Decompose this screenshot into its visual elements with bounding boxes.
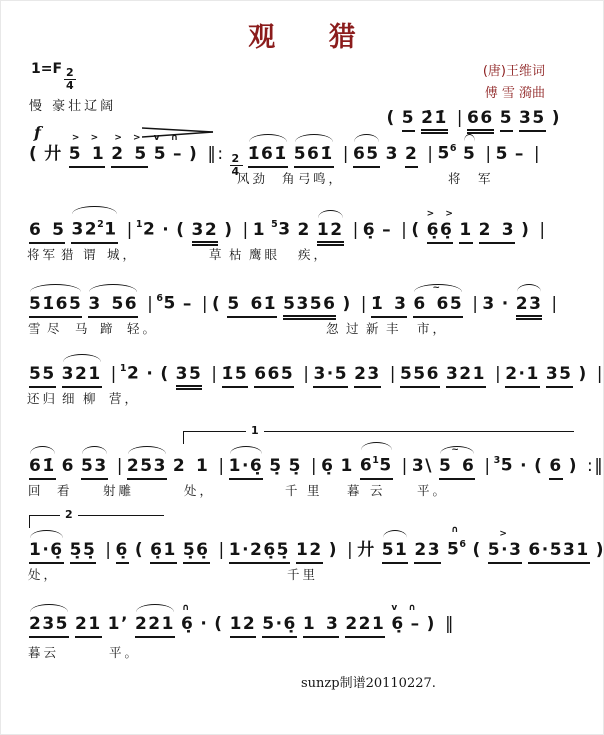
articulation-mark: ~ bbox=[413, 277, 463, 299]
note-group: 5 61̇ bbox=[227, 293, 277, 318]
notation-row: 235211’221∩6̣·(125·6̣1 3221v ∩6̣–)‖ bbox=[29, 613, 587, 638]
composer-credit: 傅 雪 漪曲 bbox=[483, 83, 545, 105]
lyrics-row: 将军猎谓城，草枯鹰眼疾， bbox=[1, 245, 604, 263]
note-group: 1·26̣5̣ bbox=[229, 539, 290, 564]
lyric-syllable: 将 bbox=[448, 169, 464, 187]
lyric-syllable: 蹄 bbox=[100, 319, 116, 337]
lyrics-row: 回看射雕处，千里暮云平。 bbox=[1, 481, 604, 499]
articulation-mark: ∩ bbox=[181, 597, 194, 619]
lyric-syllable: 暮 bbox=[347, 481, 363, 499]
note-group: 35 bbox=[495, 451, 514, 477]
note-group: 廾 bbox=[44, 143, 63, 165]
note-group: · bbox=[502, 293, 510, 315]
lyric-syllable: 营， bbox=[109, 389, 140, 407]
lyric-syllable: 暮云 bbox=[28, 643, 59, 661]
parenthesis: ) bbox=[569, 455, 578, 477]
note-group: 253 bbox=[127, 455, 167, 480]
note-group: 12 bbox=[230, 613, 257, 638]
barline: | bbox=[539, 219, 546, 241]
note-group: 23 bbox=[516, 293, 543, 320]
note-group: 321 bbox=[62, 363, 102, 388]
barline: | bbox=[534, 143, 541, 165]
barline: ‖ bbox=[445, 613, 455, 635]
barline: | bbox=[361, 293, 368, 315]
note-group: 53 bbox=[272, 215, 291, 241]
lyric-syllable: 雪 bbox=[28, 319, 44, 337]
lyric-syllable: 新 bbox=[366, 319, 382, 337]
barline: | bbox=[457, 107, 464, 129]
note-group: 221 bbox=[135, 613, 175, 638]
note-group: 35 bbox=[546, 363, 573, 388]
note-group: 5̣6̣ bbox=[183, 539, 210, 564]
note-group: 2·1 bbox=[505, 363, 540, 388]
lyric-syllable: 平。 bbox=[417, 481, 448, 499]
note-group: >5·3 bbox=[488, 539, 523, 564]
lyrics-row: 雪尽马蹄轻。忽过新丰市， bbox=[1, 319, 604, 337]
parenthesis: ( bbox=[176, 219, 185, 241]
lyric-syllable: 角 bbox=[282, 169, 298, 187]
barline: | bbox=[495, 363, 502, 385]
lyric-syllable: 平。 bbox=[109, 643, 140, 661]
note-group: – bbox=[173, 143, 183, 165]
lyric-syllable: 忽 bbox=[326, 319, 342, 337]
note-group: 廾 bbox=[357, 539, 376, 561]
lyric-syllable: 看 bbox=[57, 481, 73, 499]
note-group: v ∩6̣ bbox=[391, 613, 404, 635]
parenthesis: ) bbox=[342, 293, 351, 315]
barline: | bbox=[390, 363, 397, 385]
note-group: 51̇65 bbox=[29, 293, 82, 318]
system-3: 51̇653 56|65–|(5 61̇5356)|1̇ 3~6 65|3·23… bbox=[1, 289, 604, 320]
note-group: 1·6̣ bbox=[229, 455, 264, 480]
parenthesis: ) bbox=[596, 539, 604, 561]
note-group: 1̇ 3 bbox=[371, 293, 407, 318]
lyric-syllable: 处， bbox=[184, 481, 215, 499]
barline: | bbox=[111, 363, 118, 385]
note-group: 66 bbox=[467, 107, 494, 134]
note-group: · bbox=[520, 455, 528, 477]
note-group: – bbox=[515, 143, 525, 165]
note-group: 2 1 bbox=[173, 455, 209, 477]
note-group: 1 3 bbox=[303, 613, 339, 638]
barline: | bbox=[485, 143, 492, 165]
note-group: 5̣ bbox=[269, 455, 282, 477]
volta-1-label: 1 bbox=[246, 424, 264, 437]
lyric-syllable: 将军 bbox=[27, 245, 58, 263]
parenthesis: ) bbox=[552, 107, 561, 129]
lyric-syllable: 轻。 bbox=[127, 319, 158, 337]
lyric-syllable: 军 bbox=[478, 169, 494, 187]
transcriber-credit: sunzp制谱20110227. bbox=[301, 672, 436, 691]
note-group: ~6 65 bbox=[413, 293, 463, 318]
lyric-syllable: 枯 bbox=[229, 245, 245, 263]
volta-2-label: 2 bbox=[60, 508, 78, 521]
parenthesis: ) bbox=[189, 143, 198, 165]
note-group: 321 bbox=[446, 363, 486, 388]
note-group: 1·6̣ bbox=[29, 539, 64, 564]
note-group: 5̣5̣ bbox=[70, 539, 97, 564]
note-group: 23 bbox=[354, 363, 381, 388]
barline: | bbox=[347, 539, 354, 561]
system-6: 1·6̣5̣5̣|6̣(6̣15̣6̣|1·26̣5̣12)|廾5123∩56(… bbox=[1, 535, 604, 564]
lyric-syllable: 草 bbox=[209, 245, 225, 263]
note-group: 561̇ bbox=[294, 143, 334, 168]
notation-row: 6 53221|12·(32)|153212|6̣–|(> >6̣6̣12 3)… bbox=[29, 215, 587, 246]
parenthesis: ( bbox=[160, 363, 169, 385]
song-title: 观 猎 bbox=[1, 15, 603, 54]
note-group: 1̇61̇ bbox=[248, 143, 288, 168]
note-group: 2̇1̇ bbox=[421, 107, 448, 134]
lyric-syllable: 柳 bbox=[83, 389, 99, 407]
notation-row: 55321|12·(35|1̇5665|3·523|556321|2·135)| bbox=[29, 359, 587, 390]
note-group: · bbox=[162, 219, 170, 241]
lyric-syllable: 弓 bbox=[298, 169, 314, 187]
note-group: ∩56 bbox=[447, 535, 466, 561]
lyric-syllable: 细 bbox=[62, 389, 78, 407]
note-group: – bbox=[183, 293, 193, 315]
note-group: 1̇5 bbox=[222, 363, 249, 388]
note-group: – bbox=[382, 219, 392, 241]
note-group: 615 bbox=[360, 451, 393, 480]
note-group: 221 bbox=[345, 613, 385, 638]
note-group: v ∩5 bbox=[154, 143, 167, 165]
notation-row: 51̇653 56|65–|(5 61̇5356)|1̇ 3~6 65|3·23… bbox=[29, 289, 587, 320]
barline: | bbox=[202, 293, 209, 315]
note-group: 61̇ bbox=[29, 455, 56, 480]
lyric-syllable: 过 bbox=[346, 319, 362, 337]
note-group: 5̣ bbox=[289, 455, 302, 477]
lyric-syllable: 云 bbox=[370, 481, 386, 499]
lyrics-row: 处，千里 bbox=[1, 565, 604, 583]
parenthesis: ) bbox=[329, 539, 338, 561]
parenthesis: ( bbox=[534, 455, 543, 477]
system-2: 6 53221|12·(32)|153212|6̣–|(> >6̣6̣12 3)… bbox=[1, 215, 604, 246]
note-group: 665 bbox=[254, 363, 294, 388]
time-signature: 24 bbox=[64, 67, 76, 92]
note-group: 6̣ bbox=[363, 219, 376, 241]
note-group: 3·5 bbox=[313, 363, 348, 388]
barline: | bbox=[472, 293, 479, 315]
articulation-mark: > > bbox=[111, 127, 147, 149]
note-group: 65 bbox=[157, 289, 176, 315]
note-group: 3\ bbox=[412, 455, 433, 477]
barline: | bbox=[105, 539, 112, 561]
barline: | bbox=[343, 143, 350, 165]
lyric-syllable: 千 bbox=[285, 481, 301, 499]
notation-row: (52̇1̇|66535) bbox=[29, 107, 567, 134]
note-group: 1 bbox=[253, 219, 266, 241]
note-group: 2 bbox=[405, 143, 418, 168]
note-group: 1 bbox=[341, 455, 354, 477]
note-group: 2 bbox=[298, 219, 311, 241]
barline: | bbox=[303, 363, 310, 385]
key-signature: 1=F24 bbox=[31, 61, 81, 92]
note-group: 6·531 bbox=[528, 539, 589, 564]
articulation-mark: > bbox=[488, 523, 523, 545]
barline: | bbox=[218, 455, 225, 477]
barline: | bbox=[243, 219, 250, 241]
note-group: 6 bbox=[62, 455, 75, 477]
parenthesis: ( bbox=[135, 539, 144, 561]
articulation-mark: v ∩ bbox=[391, 597, 404, 619]
barline: | bbox=[219, 539, 226, 561]
system-4: 55321|12·(35|1̇5665|3·523|556321|2·135)|… bbox=[1, 359, 604, 390]
lyricist-credit: (唐)王维词 bbox=[483, 61, 545, 83]
barline: | bbox=[401, 219, 408, 241]
parenthesis: ( bbox=[473, 539, 482, 561]
lyric-syllable: 千里 bbox=[287, 565, 318, 583]
note-group: 2 3 bbox=[479, 219, 515, 244]
note-group: 6̣ bbox=[321, 455, 334, 477]
barline: ‖: bbox=[207, 143, 224, 165]
key-tonic: 1=F bbox=[31, 61, 62, 77]
note-group: ~5 6 bbox=[439, 455, 475, 480]
lyric-syllable: 鸣， bbox=[313, 169, 344, 187]
barline: | bbox=[211, 363, 218, 385]
lyric-syllable: 尽 bbox=[47, 319, 63, 337]
lyric-syllable: 里 bbox=[307, 481, 323, 499]
note-group: 6̣ bbox=[116, 539, 129, 564]
system-7: 235211’221∩6̣·(125·6̣1 3221v ∩6̣–)‖暮云平。 bbox=[1, 613, 604, 638]
volta-bracket-2: 2 bbox=[29, 515, 164, 528]
note-group: 3221 bbox=[71, 215, 117, 244]
note-group: 35 bbox=[519, 107, 546, 132]
barline: | bbox=[147, 293, 154, 315]
lyrics-row: 暮云平。 bbox=[1, 643, 604, 661]
note-group: 5 bbox=[463, 143, 476, 165]
lyric-syllable: 猎 bbox=[61, 245, 77, 263]
note-group: 65 bbox=[353, 143, 380, 168]
note-group: 556 bbox=[400, 363, 440, 388]
lyric-syllable: 鹰眼 bbox=[249, 245, 280, 263]
parenthesis: ) bbox=[224, 219, 233, 241]
note-group: 3 bbox=[482, 293, 495, 315]
lyric-syllable: 市， bbox=[417, 319, 448, 337]
barline: | bbox=[551, 293, 558, 315]
note-group: 5 bbox=[402, 107, 415, 132]
note-group: · bbox=[146, 363, 154, 385]
note-group: 5356 bbox=[283, 293, 336, 320]
note-group: – bbox=[411, 613, 421, 635]
note-group: 3 56 bbox=[88, 293, 138, 318]
note-group: 1 bbox=[459, 219, 472, 244]
note-group: 5·6̣ bbox=[262, 613, 297, 638]
note-group: ∩6̣ bbox=[181, 613, 194, 635]
note-group: 5 bbox=[500, 107, 513, 132]
articulation-mark: ∩ bbox=[447, 519, 466, 541]
articulation-mark: v ∩ bbox=[154, 127, 167, 149]
barline: | bbox=[311, 455, 318, 477]
note-group: 12 bbox=[137, 215, 156, 241]
articulation-mark: > > bbox=[69, 127, 105, 149]
note-group: 5 bbox=[496, 143, 509, 165]
barline: | bbox=[353, 219, 360, 241]
note-group: > >2 5 bbox=[111, 143, 147, 168]
note-group: 6̣1 bbox=[150, 539, 177, 564]
lyric-syllable: 风劲 bbox=[237, 169, 268, 187]
barline: | bbox=[427, 143, 434, 165]
barline: | bbox=[484, 455, 491, 477]
lyric-syllable: 谓 bbox=[83, 245, 99, 263]
articulation-mark: > > bbox=[427, 203, 454, 225]
system-1: (廾> >5 1> >2 5v ∩5–)‖:241̇61̇561̇|6532|5… bbox=[1, 139, 604, 178]
note-group: 56 bbox=[438, 139, 457, 165]
note-group: 32 bbox=[192, 219, 219, 246]
note-group: 6 5 bbox=[29, 219, 65, 244]
note-group: 3 bbox=[386, 143, 399, 165]
credits: (唐)王维词 傅 雪 漪曲 bbox=[483, 61, 545, 105]
sheet-music-page: 观 猎 1=F24 (唐)王维词 傅 雪 漪曲 慢 豪壮辽阔 f (52̇1̇|… bbox=[0, 0, 604, 735]
lyric-syllable: 回 bbox=[28, 481, 44, 499]
note-group: 53 bbox=[81, 455, 108, 480]
note-group: 21 bbox=[75, 613, 102, 638]
barline: | bbox=[127, 219, 134, 241]
barline: | bbox=[597, 363, 604, 385]
parenthesis: ( bbox=[387, 107, 396, 129]
note-group: 12 bbox=[317, 219, 344, 246]
note-group: 235 bbox=[29, 613, 69, 638]
lyric-syllable: 还归 bbox=[27, 389, 58, 407]
barline: | bbox=[117, 455, 124, 477]
note-group: 1’ bbox=[108, 613, 129, 635]
lyric-syllable: 丰 bbox=[386, 319, 402, 337]
parenthesis: ( bbox=[212, 293, 221, 315]
note-group: · bbox=[200, 613, 208, 635]
note-group: 23 bbox=[414, 539, 441, 564]
lyric-syllable: 马 bbox=[75, 319, 91, 337]
note-group: 6 bbox=[549, 455, 562, 480]
notation-row: 1·6̣5̣5̣|6̣(6̣15̣6̣|1·26̣5̣12)|廾5123∩56(… bbox=[29, 535, 587, 564]
notation-row: 61̇653|2532 1|1·6̣5̣5̣|6̣1615|3\~5 6|35·… bbox=[29, 451, 587, 480]
barline: :‖ bbox=[587, 455, 604, 477]
note-group: > >5 1 bbox=[69, 143, 105, 168]
note-group: 35 bbox=[176, 363, 203, 390]
parenthesis: ( bbox=[411, 219, 420, 241]
parenthesis: ( bbox=[29, 143, 38, 165]
barline: | bbox=[402, 455, 409, 477]
note-group: 12 bbox=[121, 359, 140, 385]
parenthesis: ) bbox=[427, 613, 436, 635]
note-group: 55 bbox=[29, 363, 56, 388]
volta-bracket-1: 1 bbox=[183, 431, 574, 444]
lyric-syllable: 疾， bbox=[298, 245, 329, 263]
lyric-syllable: 城， bbox=[107, 245, 138, 263]
lyric-syllable: 射雕 bbox=[103, 481, 134, 499]
lyrics-row: 还归细柳营， bbox=[1, 389, 604, 407]
parenthesis: ) bbox=[521, 219, 530, 241]
note-group: 51 bbox=[382, 539, 409, 564]
parenthesis: ( bbox=[214, 613, 223, 635]
note-group: 12 bbox=[296, 539, 323, 564]
parenthesis: ) bbox=[579, 363, 588, 385]
note-group: > >6̣6̣ bbox=[427, 219, 454, 244]
system-5: 61̇653|2532 1|1·6̣5̣5̣|6̣1615|3\~5 6|35·… bbox=[1, 451, 604, 480]
lyrics-row: 风劲角弓鸣，将军 bbox=[1, 169, 604, 187]
lyric-syllable: 处， bbox=[28, 565, 59, 583]
